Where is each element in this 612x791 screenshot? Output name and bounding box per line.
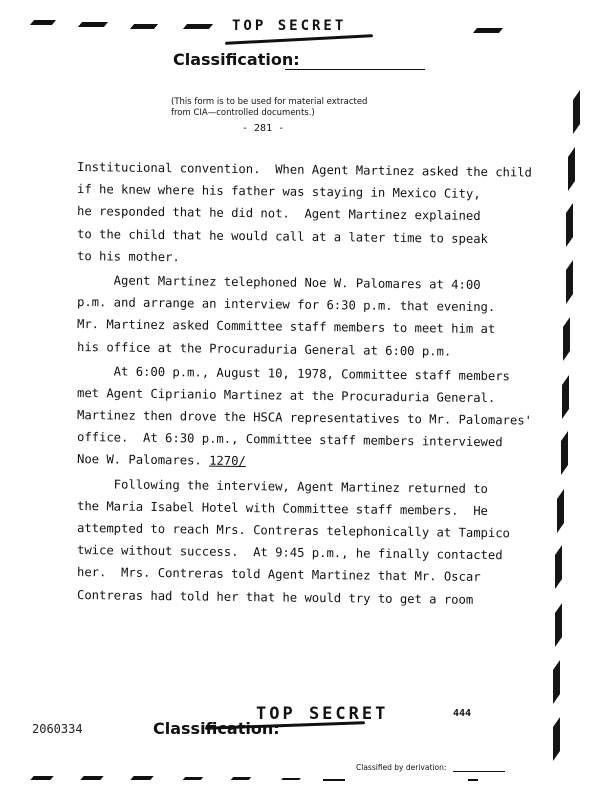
border-bar: [80, 776, 103, 780]
document-body: Institucional convention. When Agent Mar…: [77, 160, 557, 610]
border-bar: [30, 776, 53, 780]
border-bar: [183, 24, 213, 29]
derivation-line: [453, 771, 505, 772]
document-id: 2060334: [32, 722, 83, 736]
classification-line: [285, 69, 425, 70]
border-mark: [557, 489, 564, 533]
header-classification-label: Classification:: [173, 50, 300, 69]
form-note-line: from CIA—controlled documents.): [171, 108, 367, 119]
border-bar: [473, 28, 503, 33]
paragraph: Following the interview, Agent Martinez …: [77, 477, 557, 610]
border-mark: [553, 717, 560, 761]
border-bar: [130, 24, 158, 29]
border-mark: [561, 431, 568, 475]
border-bar: [323, 779, 345, 781]
border-bar: [231, 777, 252, 780]
border-mark: [563, 317, 570, 361]
border-mark: [573, 90, 580, 134]
form-note: (This form is to be used for material ex…: [171, 97, 367, 119]
border-bar: [468, 779, 478, 781]
footer-classification-stamp: TOP SECRET: [256, 704, 388, 724]
border-mark: [566, 260, 573, 304]
border-bar: [183, 777, 204, 780]
border-bar: [130, 776, 153, 780]
page-number: - 281 -: [242, 123, 284, 134]
text-segment: Noe W. Palomares.: [77, 452, 209, 468]
stamp-strikethrough: [225, 34, 373, 45]
stamped-number: 444: [453, 708, 471, 719]
border-bar: [281, 778, 301, 780]
border-mark: [566, 203, 573, 247]
footnote-reference: 1270/: [209, 454, 246, 468]
border-bar: [78, 22, 108, 27]
paragraph: Agent Martinez telephoned Noe W. Palomar…: [77, 273, 557, 362]
form-note-line: (This form is to be used for material ex…: [171, 97, 367, 108]
paragraph: Institucional convention. When Agent Mar…: [77, 160, 557, 271]
top-classification-stamp: TOP SECRET: [232, 18, 346, 34]
border-mark: [568, 147, 575, 191]
border-mark: [553, 660, 560, 704]
border-bar: [30, 20, 56, 25]
paragraph: At 6:00 p.m., August 10, 1978, Committee…: [77, 364, 557, 475]
classified-by-label: Classified by derivation:: [356, 763, 446, 772]
border-mark: [562, 375, 569, 419]
